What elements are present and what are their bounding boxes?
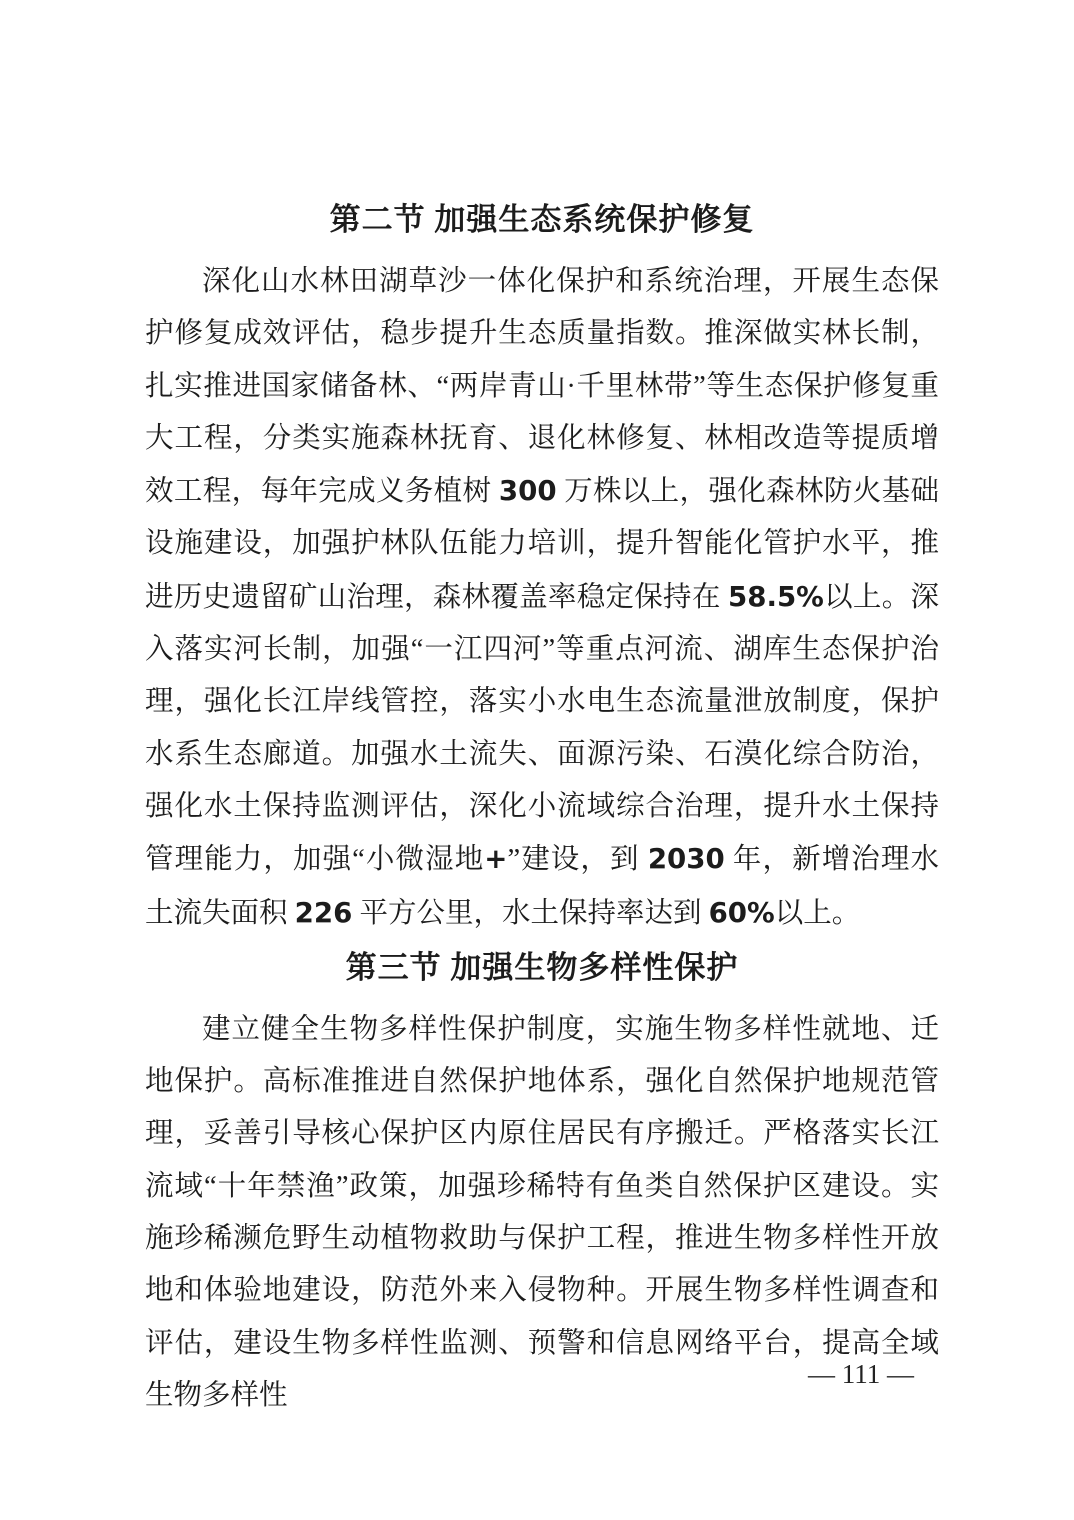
page-number: — 111 — — [808, 1354, 914, 1394]
document-content: 第二节 加强生态系统保护修复 深化山水林田湖草沙一体化保护和系统治理，开展生态保… — [145, 192, 939, 1422]
section-2-heading: 第二节 加强生态系统保护修复 — [145, 194, 939, 246]
section-2-paragraph: 深化山水林田湖草沙一体化保护和系统治理，开展生态保护修复成效评估，稳步提升生态质… — [145, 256, 939, 940]
section-3-heading: 第三节 加强生物多样性保护 — [145, 942, 939, 994]
document-page: 第二节 加强生态系统保护修复 深化山水林田湖草沙一体化保护和系统治理，开展生态保… — [0, 0, 1074, 1520]
